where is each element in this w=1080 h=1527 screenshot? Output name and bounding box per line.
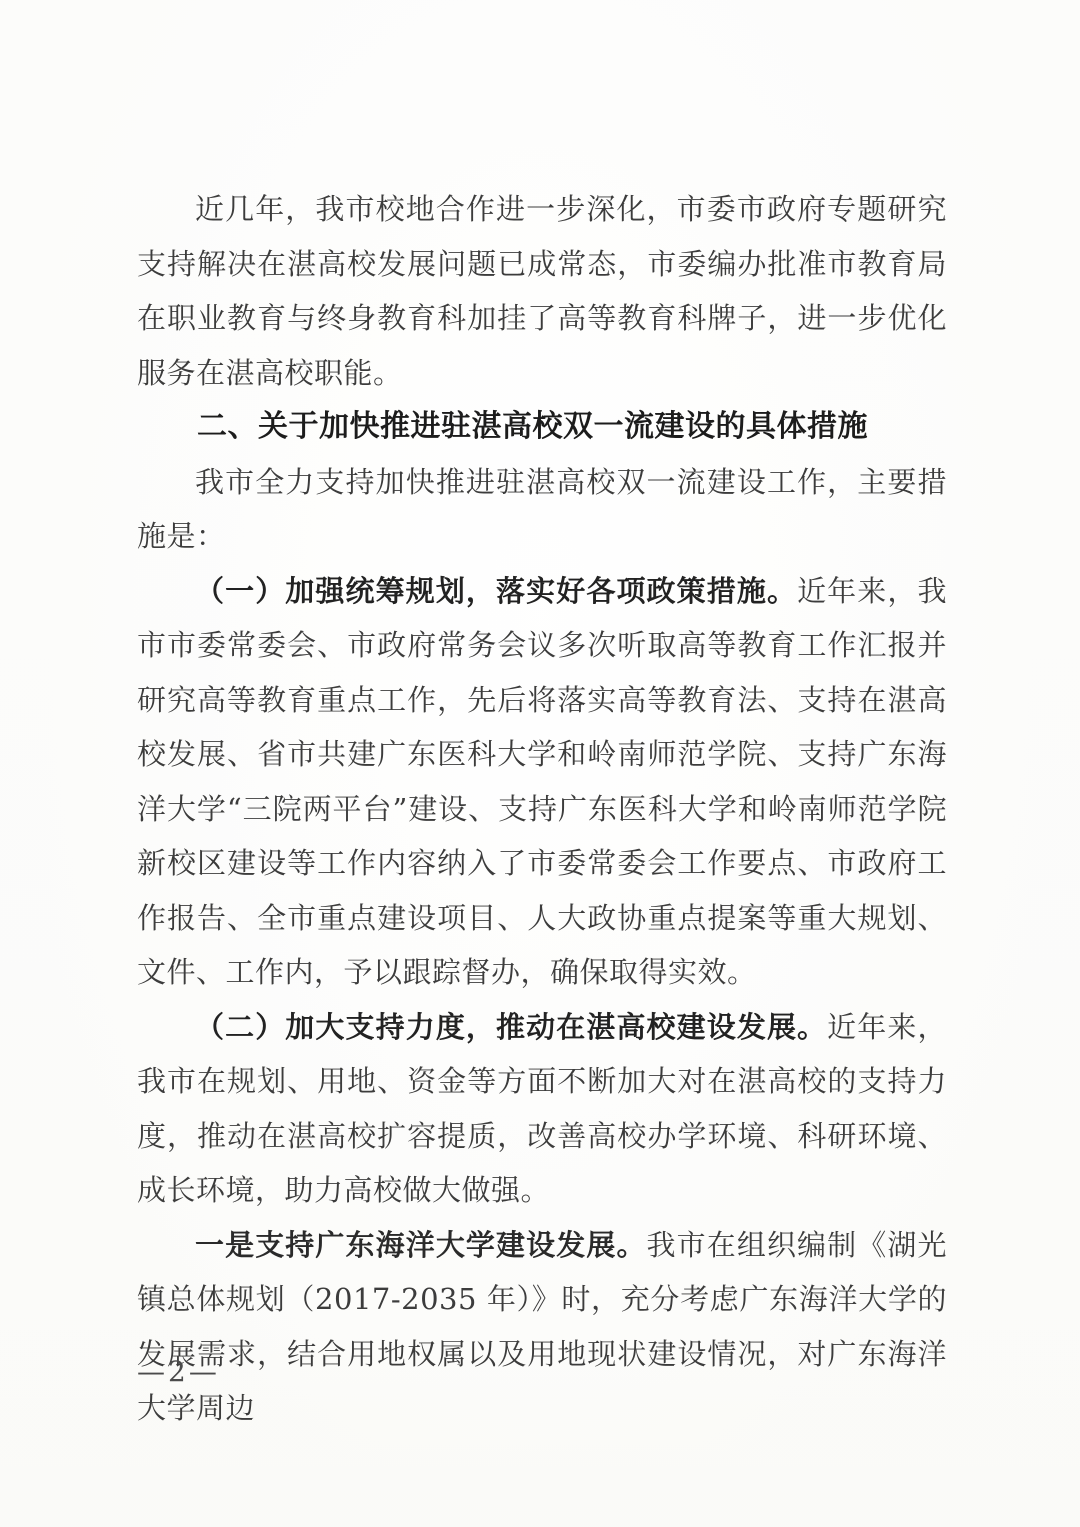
section-ii-heading: 二、关于加快推进驻湛高校双一流建设的具体措施 (137, 400, 947, 455)
scanned-document-page: 近几年，我市校地合作进一步深化，市委市政府专题研究支持解决在湛高校发展问题已成常… (0, 0, 1080, 1527)
measure-2-lead: （二）加大支持力度，推动在湛高校建设发展。 (195, 1010, 827, 1044)
document-body: 近几年，我市校地合作进一步深化，市委市政府专题研究支持解决在湛高校发展问题已成常… (137, 182, 947, 1436)
measures-intro-paragraph: 我市全力支持加快推进驻湛高校双一流建设工作，主要措施是： (137, 455, 947, 564)
sub-measure-1-paragraph: 一是支持广东海洋大学建设发展。我市在组织编制《湖光镇总体规划（2017-2035… (137, 1218, 947, 1436)
sub-measure-1-lead: 一是支持广东海洋大学建设发展。 (195, 1228, 647, 1262)
opening-paragraph: 近几年，我市校地合作进一步深化，市委市政府专题研究支持解决在湛高校发展问题已成常… (137, 182, 947, 400)
measure-1-paragraph: （一）加强统筹规划，落实好各项政策措施。近年来，我市市委常委会、市政府常务会议多… (137, 564, 947, 1000)
measures-intro-text: 我市全力支持加快推进驻湛高校双一流建设工作，主要措施是： (137, 465, 947, 554)
measure-2-paragraph: （二）加大支持力度，推动在湛高校建设发展。近年来，我市在规划、用地、资金等方面不… (137, 1000, 947, 1218)
measure-1-body: 近年来，我市市委常委会、市政府常务会议多次听取高等教育工作汇报并研究高等教育重点… (137, 574, 947, 990)
page-number: —2— (137, 1352, 220, 1392)
measure-1-lead: （一）加强统筹规划，落实好各项政策措施。 (195, 574, 797, 608)
opening-paragraph-text: 近几年，我市校地合作进一步深化，市委市政府专题研究支持解决在湛高校发展问题已成常… (137, 192, 947, 390)
